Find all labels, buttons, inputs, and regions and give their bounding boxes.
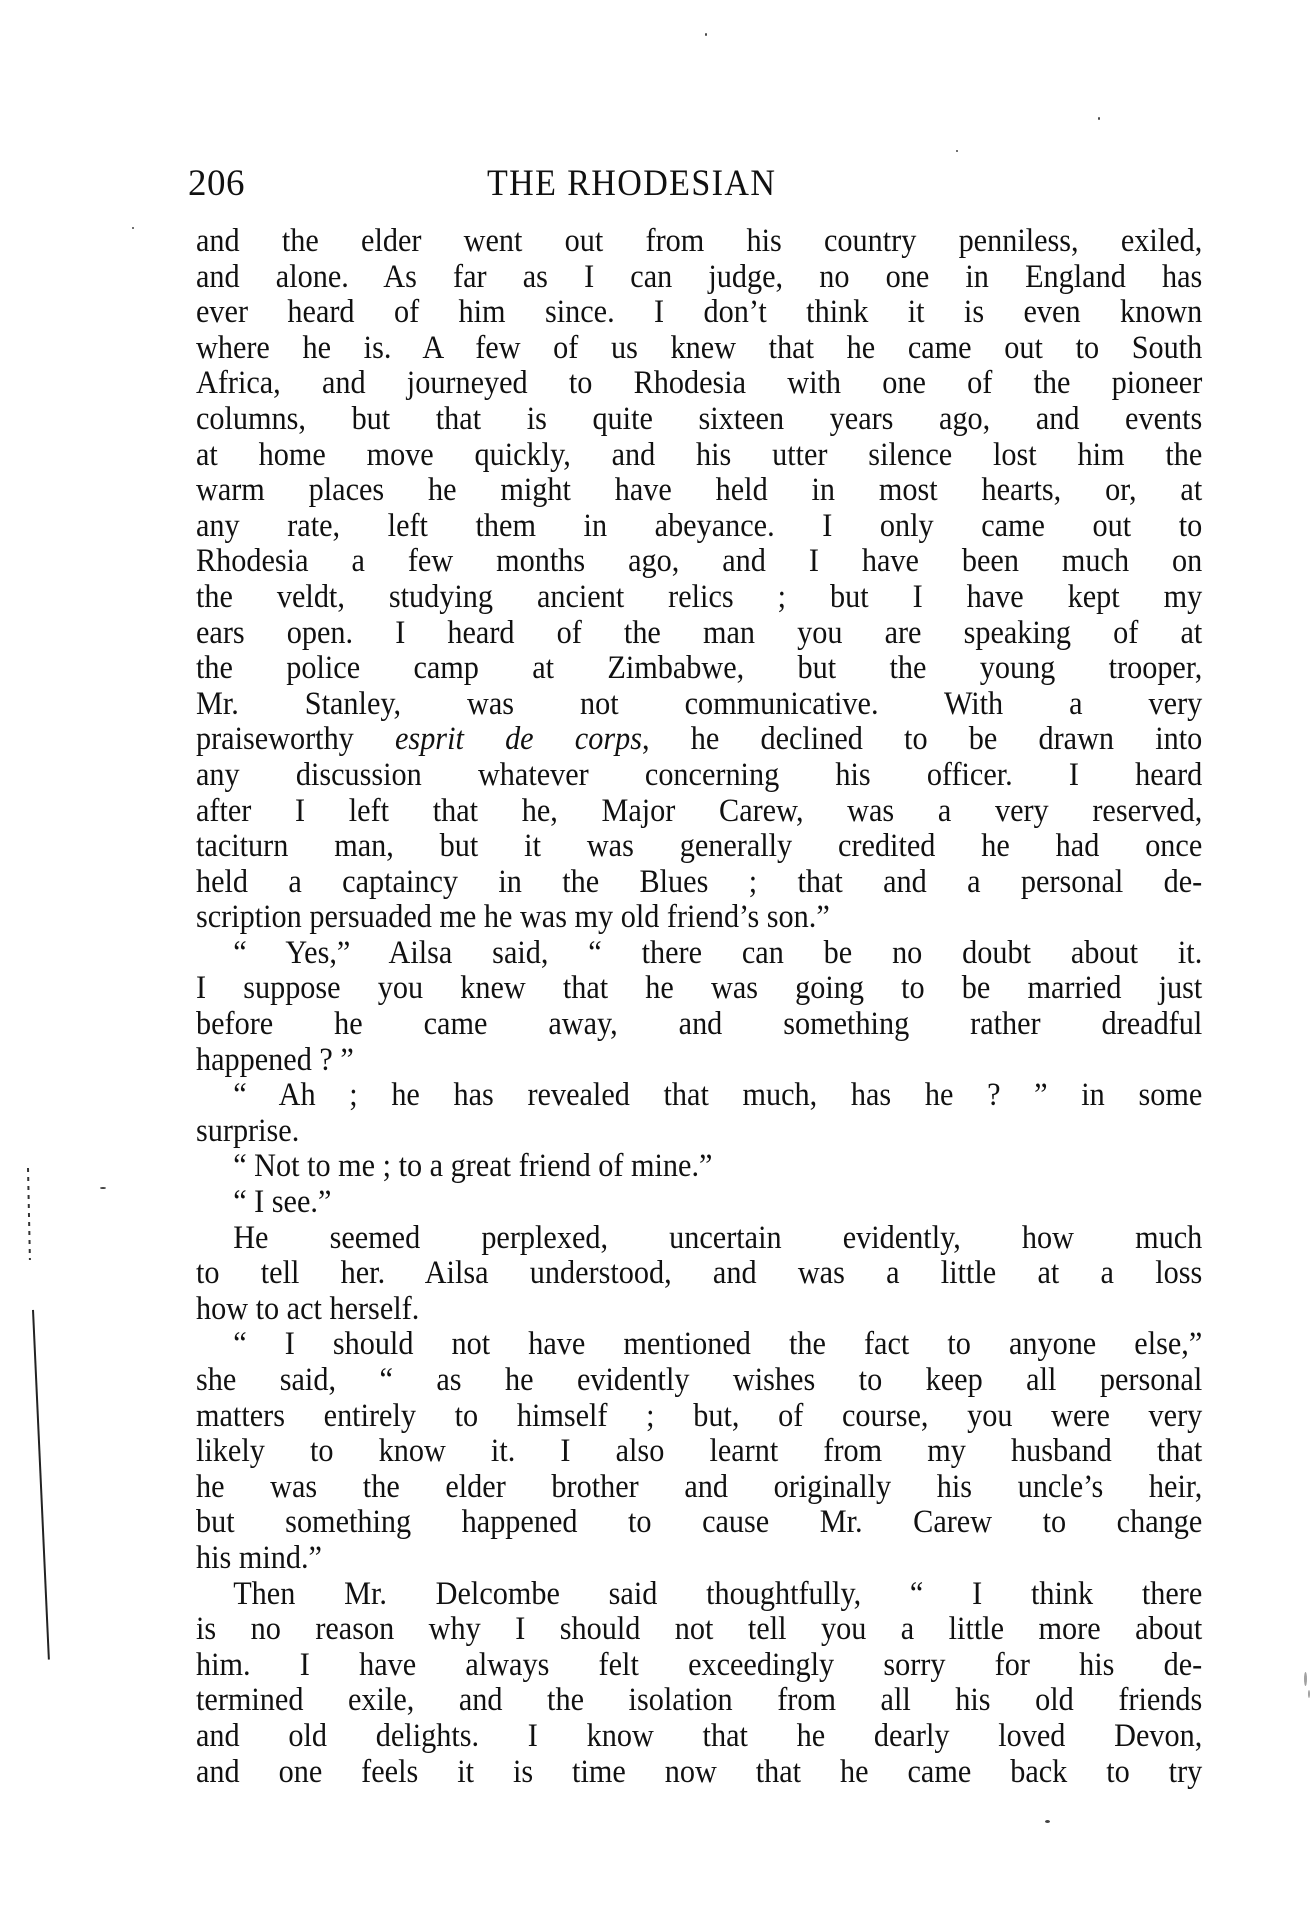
- scan-speck: [705, 33, 707, 36]
- running-head: 206 THE RHODESIAN: [188, 160, 1202, 208]
- text-line-content: he was the elder brother and originally …: [196, 1469, 1202, 1505]
- text-line: after I left that he, Major Carew, was a…: [196, 794, 1202, 830]
- text-line: he was the elder brother and originally …: [196, 1470, 1202, 1506]
- page-number: 206: [188, 160, 245, 208]
- text-line-content: “ Yes,” Ailsa said, “ there can be no do…: [233, 935, 1202, 971]
- text-line-content: “ Not to me ; to a great friend of mine.…: [233, 1148, 712, 1184]
- text-line-content: surprise.: [196, 1113, 299, 1149]
- text-line-content: happened ? ”: [196, 1042, 354, 1078]
- text-line-content: him. I have always felt exceedingly sorr…: [196, 1647, 1202, 1683]
- text-line-content: columns, but that is quite sixteen years…: [196, 401, 1202, 437]
- text-line: “ I should not have mentioned the fact t…: [196, 1327, 1202, 1363]
- text-line-content: praiseworthy: [196, 721, 354, 757]
- text-line-content: and one feels it is time now that he cam…: [196, 1754, 1202, 1790]
- text-line: is no reason why I should not tell you a…: [196, 1612, 1202, 1648]
- text-line: and the elder went out from his country …: [196, 224, 1202, 260]
- text-line-content: his mind.”: [196, 1540, 322, 1576]
- text-line-content: taciturn man, but it was generally credi…: [196, 828, 1202, 864]
- text-line-content: any discussion whatever concerning his o…: [196, 757, 1202, 793]
- text-line-content: scription persuaded me he was my old fri…: [196, 899, 830, 935]
- text-line: Rhodesia a few months ago, and I have be…: [196, 544, 1202, 580]
- text-line: ears open. I heard of the man you are sp…: [196, 616, 1202, 652]
- text-line-content-after: , he declined to be drawn into: [642, 721, 1202, 757]
- margin-line-dotted: [27, 1168, 31, 1260]
- italic-phrase: esprit de corps: [395, 721, 642, 757]
- running-title: THE RHODESIAN: [487, 160, 776, 208]
- text-line: Then Mr. Delcombe said thoughtfully, “ I…: [196, 1577, 1202, 1613]
- text-line-content: held a captaincy in the Blues ; that and…: [196, 864, 1202, 900]
- text-line: scription persuaded me he was my old fri…: [196, 900, 1202, 936]
- text-line: and one feels it is time now that he cam…: [196, 1755, 1202, 1791]
- scan-speck: [1045, 1820, 1050, 1823]
- text-line-content: the police camp at Zimbabwe, but the you…: [196, 650, 1202, 686]
- text-line: but something happened to cause Mr. Care…: [196, 1505, 1202, 1541]
- scan-speck: [1304, 1672, 1307, 1686]
- text-line: matters entirely to himself ; but, of co…: [196, 1399, 1202, 1435]
- text-line-content: but something happened to cause Mr. Care…: [196, 1504, 1202, 1540]
- scan-speck: [132, 227, 134, 229]
- text-line: praiseworthy esprit de corps, he decline…: [196, 722, 1202, 758]
- text-line-content: at home move quickly, and his utter sile…: [196, 437, 1202, 473]
- scan-speck: [100, 1187, 106, 1189]
- text-line: any rate, left them in abeyance. I only …: [196, 509, 1202, 545]
- text-line: I suppose you knew that he was going to …: [196, 971, 1202, 1007]
- text-line: she said, “ as he evidently wishes to ke…: [196, 1363, 1202, 1399]
- scan-speck: [1308, 1690, 1310, 1698]
- text-line: his mind.”: [196, 1541, 1202, 1577]
- text-line: columns, but that is quite sixteen years…: [196, 402, 1202, 438]
- text-line-content: she said, “ as he evidently wishes to ke…: [196, 1362, 1202, 1398]
- text-line: ever heard of him since. I don’t think i…: [196, 295, 1202, 331]
- text-line: termined exile, and the isolation from a…: [196, 1683, 1202, 1719]
- text-line: “ I see.”: [196, 1185, 1202, 1221]
- text-line-content: the veldt, studying ancient relics ; but…: [196, 579, 1202, 615]
- text-line: any discussion whatever concerning his o…: [196, 758, 1202, 794]
- text-line-content: “ I see.”: [233, 1184, 331, 1220]
- text-line: “ Not to me ; to a great friend of mine.…: [196, 1149, 1202, 1185]
- text-line-content: “ Ah ; he has revealed that much, has he…: [233, 1077, 1202, 1113]
- text-line-content: where he is. A few of us knew that he ca…: [196, 330, 1202, 366]
- text-line: where he is. A few of us knew that he ca…: [196, 331, 1202, 367]
- text-line-content: is no reason why I should not tell you a…: [196, 1611, 1202, 1647]
- scan-speck: [956, 150, 958, 152]
- text-line-content: how to act herself.: [196, 1291, 419, 1327]
- text-line: to tell her. Ailsa understood, and was a…: [196, 1256, 1202, 1292]
- text-line-content: termined exile, and the isolation from a…: [196, 1682, 1202, 1718]
- text-line: He seemed perplexed, uncertain evidently…: [196, 1221, 1202, 1257]
- text-line-content: to tell her. Ailsa understood, and was a…: [196, 1255, 1202, 1291]
- text-line-content: before he came away, and something rathe…: [196, 1006, 1202, 1042]
- text-line-content: Mr. Stanley, was not communicative. With…: [196, 686, 1202, 722]
- text-line: before he came away, and something rathe…: [196, 1007, 1202, 1043]
- scan-speck: [1098, 117, 1100, 120]
- text-line: happened ? ”: [196, 1043, 1202, 1079]
- text-line: him. I have always felt exceedingly sorr…: [196, 1648, 1202, 1684]
- text-line-content: ears open. I heard of the man you are sp…: [196, 615, 1202, 651]
- text-line-content: likely to know it. I also learnt from my…: [196, 1433, 1202, 1469]
- text-line: at home move quickly, and his utter sile…: [196, 438, 1202, 474]
- text-line-content: and alone. As far as I can judge, no one…: [196, 259, 1202, 295]
- text-line-content: Then Mr. Delcombe said thoughtfully, “ I…: [233, 1576, 1202, 1612]
- text-line-content: I suppose you knew that he was going to …: [196, 970, 1202, 1006]
- text-line-content: matters entirely to himself ; but, of co…: [196, 1398, 1202, 1434]
- text-line-content: Rhodesia a few months ago, and I have be…: [196, 543, 1202, 579]
- text-line: how to act herself.: [196, 1292, 1202, 1328]
- text-line-content: warm places he might have held in most h…: [196, 472, 1202, 508]
- text-line-content: Africa, and journeyed to Rhodesia with o…: [196, 365, 1202, 401]
- text-line-content: any rate, left them in abeyance. I only …: [196, 508, 1202, 544]
- text-line: the police camp at Zimbabwe, but the you…: [196, 651, 1202, 687]
- text-line: the veldt, studying ancient relics ; but…: [196, 580, 1202, 616]
- text-line-content: He seemed perplexed, uncertain evidently…: [233, 1220, 1202, 1256]
- body-text: and the elder went out from his country …: [196, 224, 1202, 1790]
- text-line: “ Yes,” Ailsa said, “ there can be no do…: [196, 936, 1202, 972]
- text-line: “ Ah ; he has revealed that much, has he…: [196, 1078, 1202, 1114]
- text-line-content: and old delights. I know that he dearly …: [196, 1718, 1202, 1754]
- text-line: taciturn man, but it was generally credi…: [196, 829, 1202, 865]
- text-line: surprise.: [196, 1114, 1202, 1150]
- text-line-content: “ I should not have mentioned the fact t…: [233, 1326, 1202, 1362]
- text-line: and alone. As far as I can judge, no one…: [196, 260, 1202, 296]
- text-line: Mr. Stanley, was not communicative. With…: [196, 687, 1202, 723]
- text-line-content: and the elder went out from his country …: [196, 223, 1202, 259]
- text-line: held a captaincy in the Blues ; that and…: [196, 865, 1202, 901]
- margin-line: [32, 1310, 50, 1660]
- book-page: 206 THE RHODESIAN and the elder went out…: [0, 0, 1313, 1917]
- text-line-content: ever heard of him since. I don’t think i…: [196, 294, 1202, 330]
- text-line: warm places he might have held in most h…: [196, 473, 1202, 509]
- text-line: Africa, and journeyed to Rhodesia with o…: [196, 366, 1202, 402]
- text-line-content: after I left that he, Major Carew, was a…: [196, 793, 1202, 829]
- text-line: and old delights. I know that he dearly …: [196, 1719, 1202, 1755]
- text-line: likely to know it. I also learnt from my…: [196, 1434, 1202, 1470]
